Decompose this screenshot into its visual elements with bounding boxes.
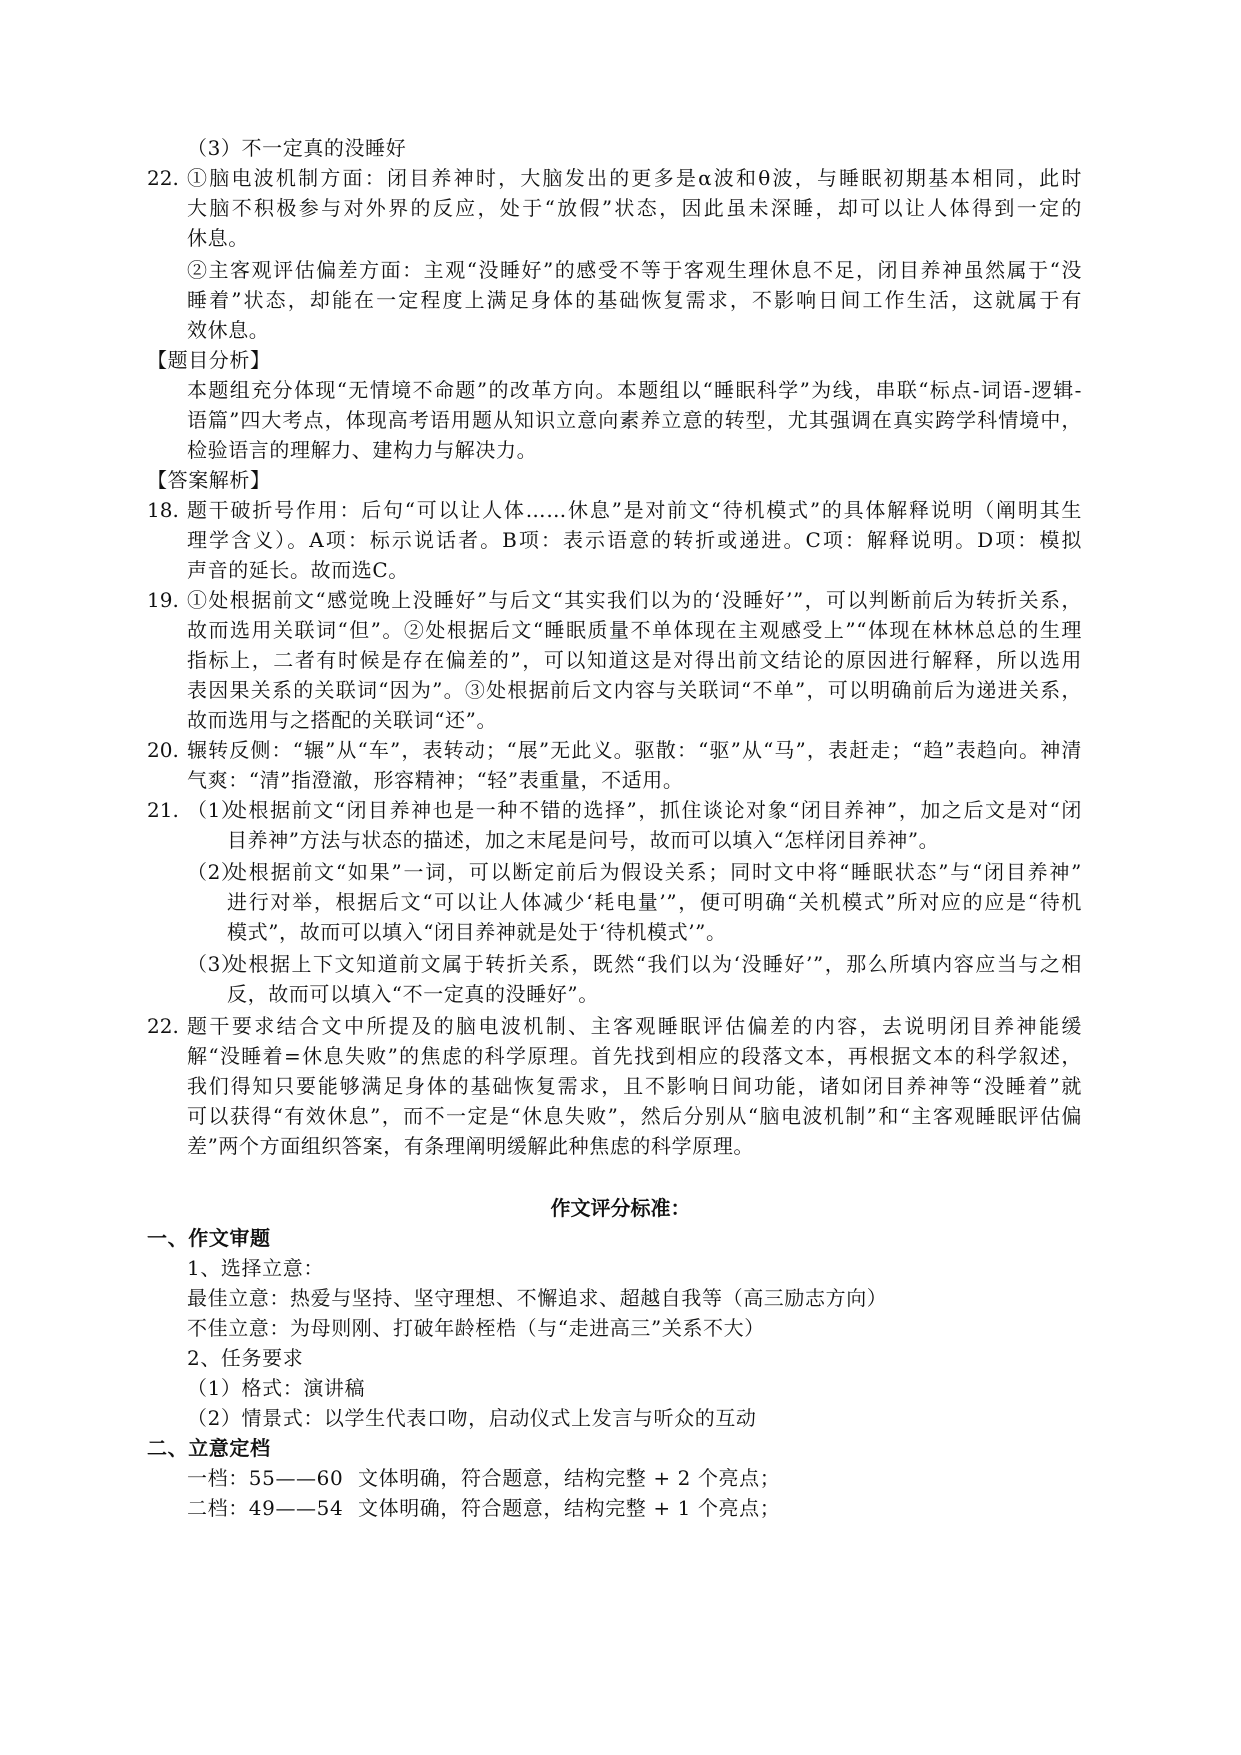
item-number: 21. xyxy=(147,795,179,825)
analysis-line: 检验语言的理解力、建构力与解决力。 xyxy=(187,435,537,465)
q22-p1-line: 大脑不积极参与对外界的反应，处于“放假”状态，因此虽未深睡，却可以让人体得到一定… xyxy=(187,193,1082,223)
rubric-line: （2）情景式：以学生代表口吻，启动仪式上发言与听众的互动 xyxy=(187,1403,757,1433)
item21-1-line: 处根据前文“闭目养神也是一种不错的选择”，抓住谈论对象“闭目养神”，加之后文是对… xyxy=(227,795,1082,825)
item-number: 22. xyxy=(147,1011,179,1041)
item-number: 19. xyxy=(147,585,179,615)
item22-line: 我们得知只要能够满足身体的基础恢复需求，且不影响日间功能，诸如闭目养神等“没睡着… xyxy=(187,1071,1082,1101)
analysis-line: 本题组充分体现“无情境不命题”的改革方向。本题组以“睡眠科学”为线，串联“标点-… xyxy=(187,375,1082,405)
q22-p1-line: ①脑电波机制方面：闭目养神时，大脑发出的更多是α波和θ波，与睡眠初期基本相同，此… xyxy=(187,163,1082,193)
item18-line: 题干破折号作用：后句“可以让人体……休息”是对前文“待机模式”的具体解释说明（阐… xyxy=(187,495,1082,525)
item18-line: 声音的延长。故而选C。 xyxy=(187,555,409,585)
analysis-heading: 【题目分析】 xyxy=(147,345,271,375)
q22-p2-line: 睡着”状态，却能在一定程度上满足身体的基础恢复需求，不影响日间工作生活，这就属于… xyxy=(187,285,1082,315)
item19-line: 故而选用关联词“但”。②处根据后文“睡眠质量不单体现在主观感受上”“体现在林林总… xyxy=(187,615,1082,645)
item22-line: 可以获得“有效休息”，而不一定是“休息失败”，然后分别从“脑电波机制”和“主客观… xyxy=(187,1101,1082,1131)
item21-2-line: 进行对举，根据后文“可以让人体减少‘耗电量’”，便可明确“关机模式”所对应的应是… xyxy=(227,887,1082,917)
q22-p2-line: ②主客观评估偏差方面：主观“没睡好”的感受不等于客观生理休息不足，闭目养神虽然属… xyxy=(187,255,1082,285)
q22-number: 22. xyxy=(147,163,179,193)
item21-3-line: 反，故而可以填入“不一定真的没睡好”。 xyxy=(227,979,599,1009)
item21-2-line: 模式”，故而可以填入“闭目养神就是处于‘待机模式’”。 xyxy=(227,917,727,947)
item20-line: 辗转反侧：“辗”从“车”，表转动；“展”无此义。驱散：“驱”从“马”，表赶走；“… xyxy=(187,735,1082,765)
rubric-line: （1）格式：演讲稿 xyxy=(187,1373,365,1403)
item21-2-line: 处根据前文“如果”一词，可以断定前后为假设关系；同时文中将“睡眠状态”与“闭目养… xyxy=(227,857,1082,887)
item22-line: 解“没睡着=休息失败”的焦虑的科学原理。首先找到相应的段落文本，再根据文本的科学… xyxy=(187,1041,1082,1071)
item-number: 20. xyxy=(147,735,179,765)
item21-3-line: 处根据上下文知道前文属于转折关系，既然“我们以为‘没睡好’”，那么所填内容应当与… xyxy=(227,949,1082,979)
q22-p1-line: 休息。 xyxy=(187,223,249,253)
item19-line: 表因果关系的关联词“因为”。③处根据前后文内容与关联词“不单”，可以明确前后为递… xyxy=(187,675,1082,705)
item22-line: 题干要求结合文中所提及的脑电波机制、主客观睡眠评估偏差的内容，去说明闭目养神能缓 xyxy=(187,1011,1082,1041)
grade-desc: 文体明确，符合题意，结构完整 + 1 个亮点； xyxy=(358,1493,780,1523)
item22-line: 差”两个方面组织答案，有条理阐明缓解此种焦虑的科学原理。 xyxy=(187,1131,754,1161)
item19-line: 指标上，二者有时候是存在偏差的”，可以知道这是对得出前文结论的原因进行解释，所以… xyxy=(187,645,1082,675)
grade-label: 一档：55——60 xyxy=(187,1463,343,1493)
q22-p2-line: 效休息。 xyxy=(187,315,269,345)
item18-line: 理学含义）。A项：标示说话者。B项：表示语意的转折或递进。C项：解释说明。D项：… xyxy=(187,525,1082,555)
item-number: 18. xyxy=(147,495,179,525)
item19-line: 故而选用与之搭配的关联词“还”。 xyxy=(187,705,497,735)
rubric-line: 2、任务要求 xyxy=(187,1343,303,1373)
rubric-line: 1、选择立意： xyxy=(187,1253,324,1283)
rubric-title: 作文评分标准： xyxy=(0,1193,1241,1223)
rubric-line: 最佳立意：热爱与坚持、坚守理想、不懈追求、超越自我等（高三励志方向） xyxy=(187,1283,887,1313)
rubric-line: 不佳立意：为母则刚、打破年龄桎梏（与“走进高三”关系不大） xyxy=(187,1313,765,1343)
grade-desc: 文体明确，符合题意，结构完整 + 2 个亮点； xyxy=(358,1463,780,1493)
document-page: （3）不一定真的没睡好 22. ①脑电波机制方面：闭目养神时，大脑发出的更多是α… xyxy=(0,0,1241,1755)
rubric-section2-heading: 二、立意定档 xyxy=(147,1433,271,1463)
q21-3-answer: （3）不一定真的没睡好 xyxy=(187,133,406,163)
analysis-line: 语篇”四大考点，体现高考语用题从知识立意向素养立意的转型，尤其强调在真实跨学科情… xyxy=(187,405,1082,435)
rubric-section1-heading: 一、作文审题 xyxy=(147,1223,271,1253)
item19-line: ①处根据前文“感觉晚上没睡好”与后文“其实我们以为的‘没睡好’”，可以判断前后为… xyxy=(187,585,1082,615)
item20-line: 气爽：“清”指澄澈，形容精神；“轻”表重量，不适用。 xyxy=(187,765,684,795)
explanation-heading: 【答案解析】 xyxy=(147,465,271,495)
grade-label: 二档：49——54 xyxy=(187,1493,343,1523)
item21-1-line: 目养神”方法与状态的描述，加之末尾是问号，故而可以填入“怎样闭目养神”。 xyxy=(227,825,939,855)
